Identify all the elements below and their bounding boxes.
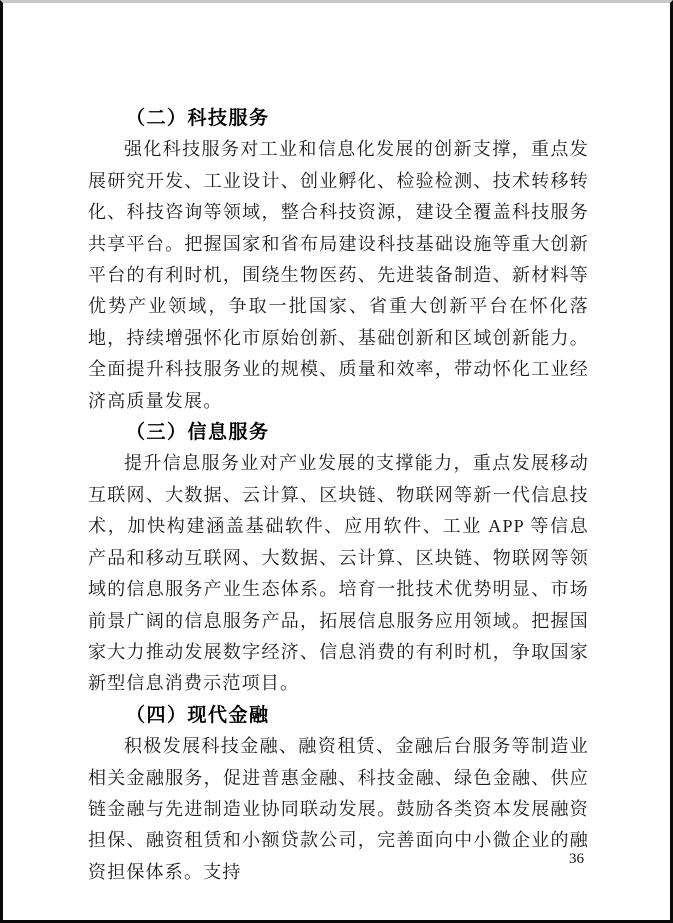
document-page: （二）科技服务 强化科技服务对工业和信息化发展的创新支撑，重点发展研究开发、工业…: [0, 0, 673, 923]
section-paragraph-modern-finance: 积极发展科技金融、融资租赁、金融后台服务等制造业相关金融服务，促进普惠金融、科技…: [88, 731, 589, 888]
section-heading-tech-services: （二）科技服务: [88, 103, 589, 134]
section-information-services: （三）信息服务 提升信息服务业对产业发展的支撑能力，重点发展移动互联网、大数据、…: [88, 417, 589, 700]
section-modern-finance: （四）现代金融 积极发展科技金融、融资租赁、金融后台服务等制造业相关金融服务，促…: [88, 700, 589, 888]
section-heading-modern-finance: （四）现代金融: [88, 700, 589, 731]
section-tech-services: （二）科技服务 强化科技服务对工业和信息化发展的创新支撑，重点发展研究开发、工业…: [88, 103, 589, 417]
section-paragraph-information-services: 提升信息服务业对产业发展的支撑能力，重点发展移动互联网、大数据、云计算、区块链、…: [88, 448, 589, 699]
section-heading-information-services: （三）信息服务: [88, 417, 589, 448]
section-paragraph-tech-services: 强化科技服务对工业和信息化发展的创新支撑，重点发展研究开发、工业设计、创业孵化、…: [88, 134, 589, 417]
page-number: 36: [569, 851, 584, 868]
page-content: （二）科技服务 强化科技服务对工业和信息化发展的创新支撑，重点发展研究开发、工业…: [88, 103, 589, 888]
